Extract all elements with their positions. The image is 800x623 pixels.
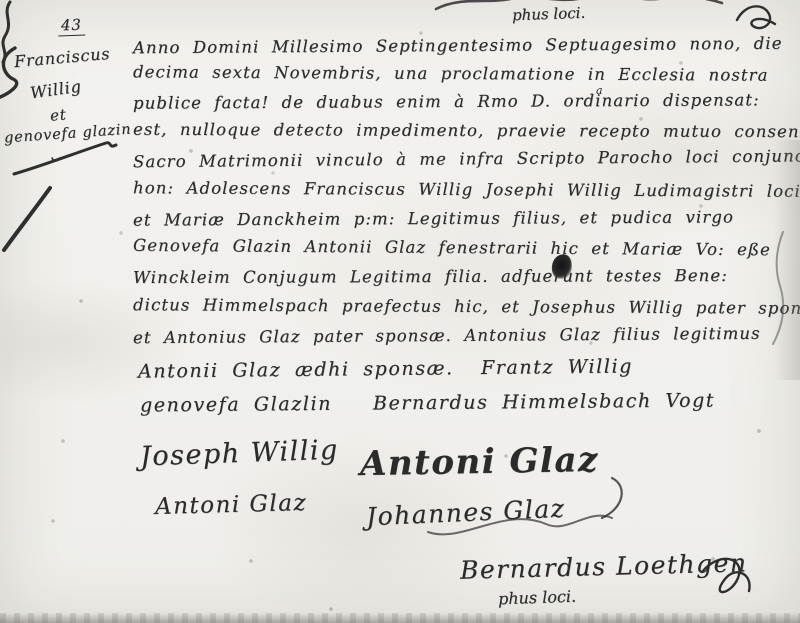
corner-flourish-stroke (737, 6, 775, 28)
record-text-line: Anno Domini Millesimo Septingentesimo Se… (133, 34, 783, 58)
record-text-line: Winckleim Conjugum Legitima filia. adfue… (133, 266, 728, 287)
left-edge-stroke (3, 2, 10, 62)
previous-record-pastor-title: phus loci. (512, 4, 586, 25)
left-edge-stroke (4, 188, 50, 250)
record-text-line: hon: Adolescens Franciscus Willig Joseph… (133, 178, 800, 200)
signature-antoni-glaz: Antoni Glaz (155, 490, 308, 520)
record-text-line: et Antonius Glaz pater sponsæ. Antonius … (133, 324, 761, 347)
margin-flourish-stroke (14, 143, 116, 174)
pastor-loci-title: phus loci. (498, 587, 577, 609)
margin-note-line: genovefa glazin (4, 122, 132, 147)
record-text-line: genovefa Glazlin Bernardus Himmelsbach V… (140, 389, 715, 416)
scan-noise-speckles (0, 0, 2, 2)
record-text-line: decima sexta Novembris, una proclamation… (133, 62, 769, 84)
manuscript-scan-page: 43 Franciscus Willig et genovefa glazin … (0, 0, 800, 623)
signature-joseph-willig: Joseph Willig (140, 435, 340, 473)
record-text-line: dictus Himmelspach praefectus hic, et Jo… (133, 295, 800, 318)
signature-johannes-glaz: Johannes Glaz (365, 494, 565, 532)
margin-record-number: 43 (58, 16, 85, 37)
signature-antoni-glaz-large: Antoni Glaz (360, 440, 599, 484)
signature-bernardus-loethgen: Bernardus Loethgen (460, 548, 748, 585)
superscript-correction: a (596, 84, 603, 97)
record-text-line: est, nulloque detecto impedimento, praev… (133, 120, 800, 141)
record-text-line: et Mariæ Danckheim p:m: Legitimus filius… (133, 207, 734, 229)
record-text-line: publice facta! de duabus enim à Rmo D. o… (133, 90, 760, 112)
margin-note-line: Franciscus (13, 44, 111, 71)
margin-note-line: Willig (29, 76, 83, 102)
record-text-line: Genovefa Glazin Antonii Glaz fenestrarii… (133, 236, 771, 259)
margin-note-line: et (49, 105, 67, 124)
record-text-line: Sacro Matrimonii vinculo à me infra Scri… (133, 146, 800, 171)
margin-tick-stroke (52, 158, 60, 161)
scan-edge-smudge (774, 140, 800, 380)
scan-bottom-edge (0, 613, 800, 623)
signature-tail-stroke (602, 478, 622, 518)
record-text-line: Antonii Glaz ædhi sponsæ. Frantz Willig (138, 355, 633, 382)
